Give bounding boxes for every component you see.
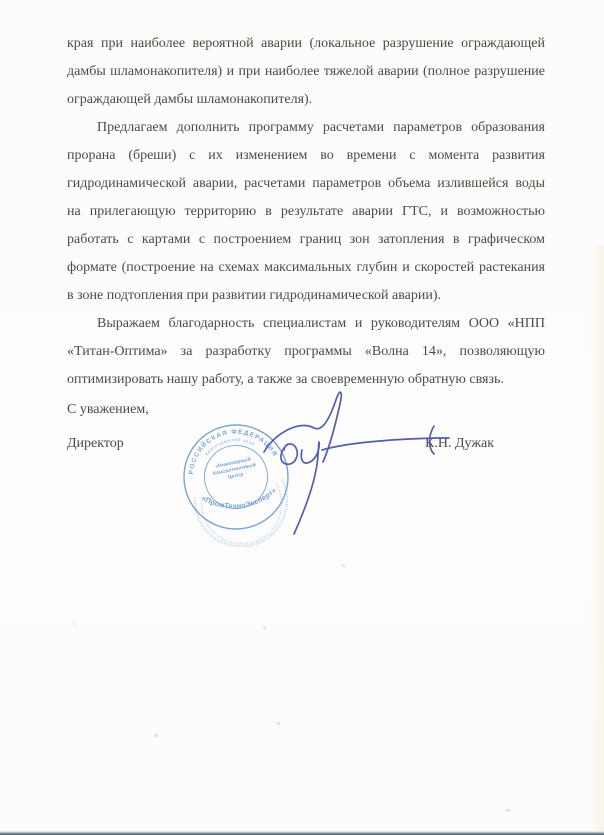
scan-speck <box>277 722 280 725</box>
text-line: формате (построение на схемах максимальн… <box>67 254 545 282</box>
scan-speck <box>505 809 511 812</box>
scan-speck <box>73 623 76 625</box>
scanned-letter-page: края при наиболее вероятной аварии (лока… <box>0 0 604 835</box>
letter-body: края при наиболее вероятной аварии (лока… <box>67 30 545 394</box>
scan-speck <box>263 626 266 629</box>
text-line: дамбы шламонакопителя) и при наиболее тя… <box>67 58 545 86</box>
paragraph-1: края при наиболее вероятной аварии (лока… <box>67 30 545 114</box>
paragraph-3: Выражаем благодарность специалистам и ру… <box>67 310 545 394</box>
signature-graphic <box>250 386 520 546</box>
scan-speck <box>155 734 158 737</box>
text-line: гидродинамической аварии, расчетами пара… <box>67 170 545 198</box>
text-line: края при наиболее вероятной аварии (лока… <box>67 30 545 58</box>
text-line: на прилегающую территорию в результате а… <box>67 198 545 226</box>
text-line: прорана (бреши) с их изменением во време… <box>67 142 545 170</box>
signer-title: Директор <box>67 430 124 458</box>
handwritten-signature <box>250 386 520 546</box>
text-line: работать с картами с построением границ … <box>67 226 545 254</box>
signature-stroke <box>264 392 449 534</box>
scanner-bottom-edge <box>0 831 604 835</box>
salutation: С уважением, <box>67 396 149 424</box>
scan-speck <box>342 564 345 567</box>
text-line: Предлагаем дополнить программу расчетами… <box>67 114 545 142</box>
text-line: в зоне подтопления при развитии гидродин… <box>67 282 545 310</box>
text-line: Выражаем благодарность специалистам и ру… <box>67 310 545 338</box>
text-line: ограждающей дамбы шламонакопителя). <box>67 86 545 114</box>
text-line: «Титан-Оптима» за разработку программы «… <box>67 338 545 366</box>
paragraph-2: Предлагаем дополнить программу расчетами… <box>67 114 545 310</box>
scan-right-edge-tint <box>589 245 604 831</box>
